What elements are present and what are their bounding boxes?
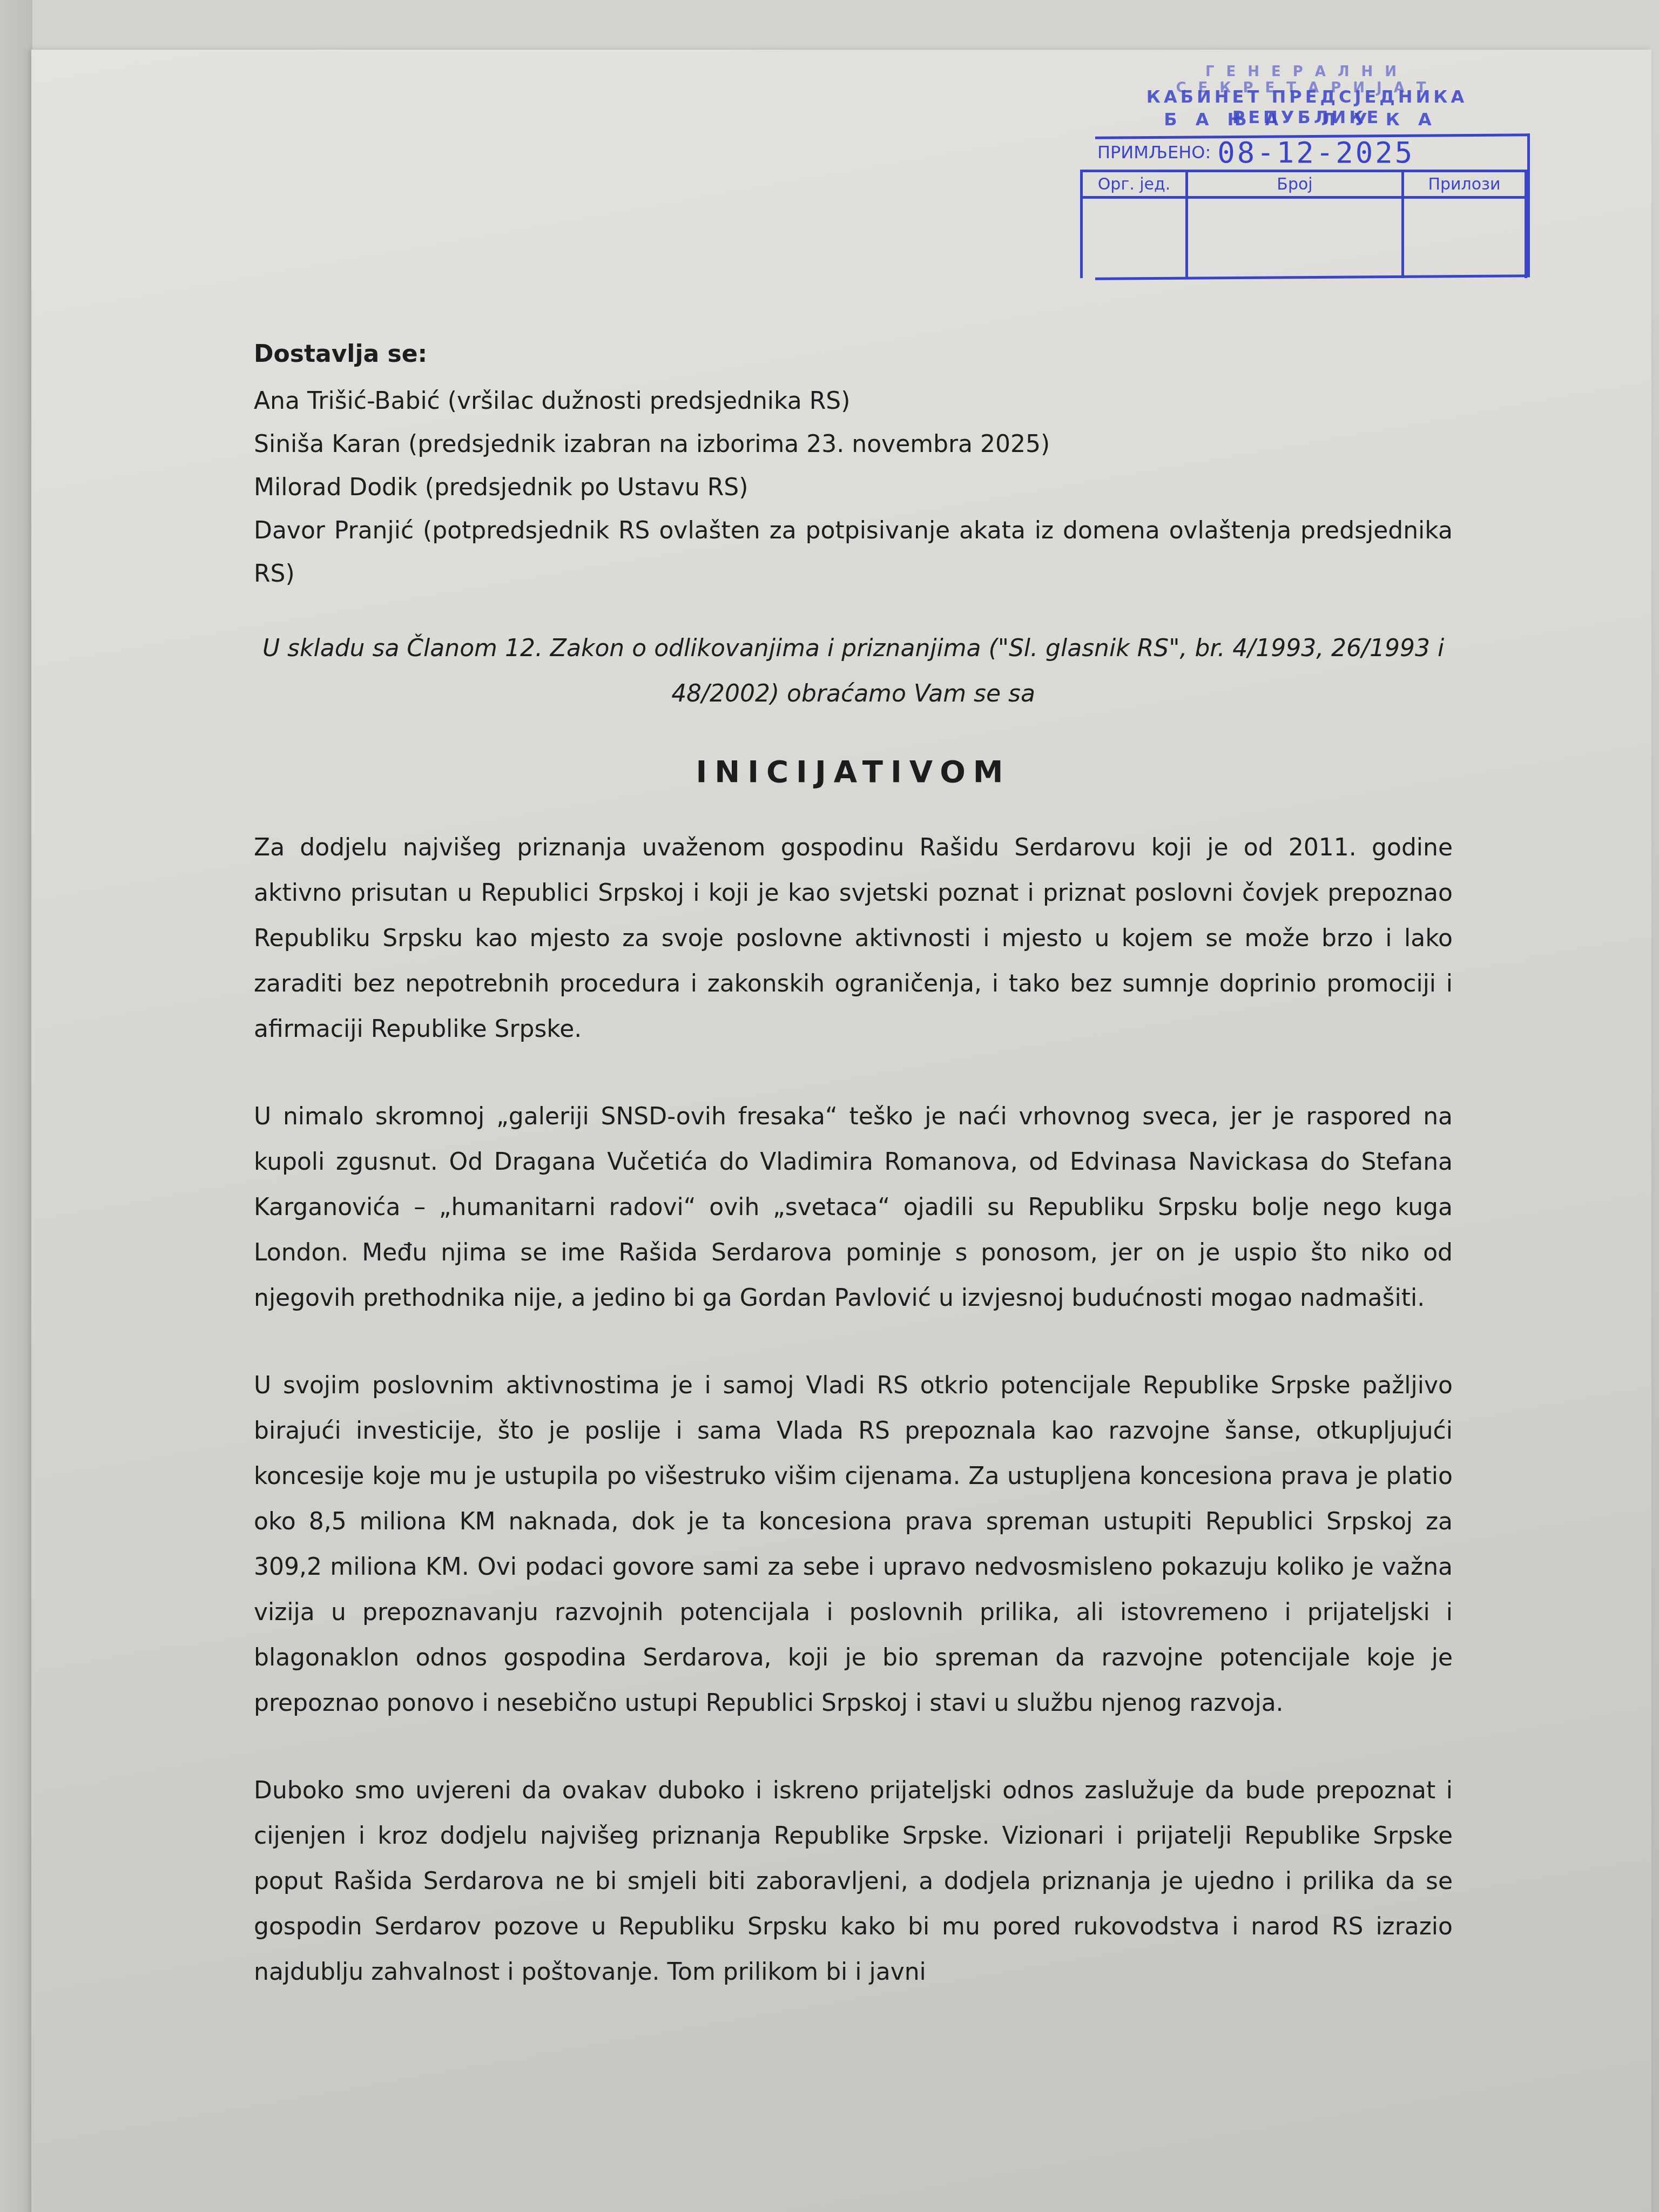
- body-paragraph: Za dodjelu najvišeg priznanja uvaženom g…: [254, 825, 1453, 1052]
- recipient-line: Milorad Dodik (predsjednik po Ustavu RS): [254, 466, 1453, 509]
- stamp-grid: Орг. јед. Број Прилози: [1080, 170, 1527, 278]
- recipient-line: Davor Pranjić (potpredsjednik RS ovlašte…: [254, 509, 1453, 596]
- stamp-cell-attachments: Прилози: [1404, 172, 1527, 278]
- stamp-received-date: 08-12-2025: [1217, 136, 1414, 170]
- stamp-col-org-unit: Орг. јед.: [1083, 172, 1185, 199]
- body-paragraph: U svojim poslovnim aktivnostima je i sam…: [254, 1363, 1453, 1726]
- body-paragraph: Duboko smo uvjereni da ovakav duboko i i…: [254, 1768, 1453, 1995]
- received-stamp: ГЕНЕРАЛНИ СЕКРЕТАРИЈАТ КАБИНЕТ ПРЕДСЈЕДН…: [1080, 59, 1534, 275]
- document-body: Dostavlja se: Ana Trišić-Babić (vršilac …: [254, 340, 1453, 2019]
- document-heading: INICIJATIVOM: [254, 754, 1453, 790]
- stamp-col-attachments: Прилози: [1404, 172, 1525, 199]
- recipient-line: Ana Trišić-Babić (vršilac dužnosti preds…: [254, 380, 1453, 423]
- stamp-col-number: Број: [1188, 172, 1401, 199]
- stamp-cell-number: Број: [1188, 172, 1404, 278]
- delivery-label: Dostavlja se:: [254, 340, 1453, 368]
- stamp-cell-org-unit: Орг. јед.: [1080, 172, 1188, 278]
- recipient-line: Siniša Karan (predsjednik izabran na izb…: [254, 423, 1453, 466]
- plastic-sleeve-edge: [0, 0, 32, 2212]
- stamp-received-row: ПРИМЉЕНО: 08-12-2025: [1097, 136, 1414, 168]
- stamp-received-label: ПРИМЉЕНО:: [1097, 142, 1211, 163]
- legal-basis-intro: U skladu sa Članom 12. Zakon o odlikovan…: [254, 626, 1453, 717]
- body-paragraph: U nimalo skromnoj „galeriji SNSD-ovih fr…: [254, 1094, 1453, 1321]
- stamp-city-line: БАЊА ЛУКА: [1080, 109, 1534, 130]
